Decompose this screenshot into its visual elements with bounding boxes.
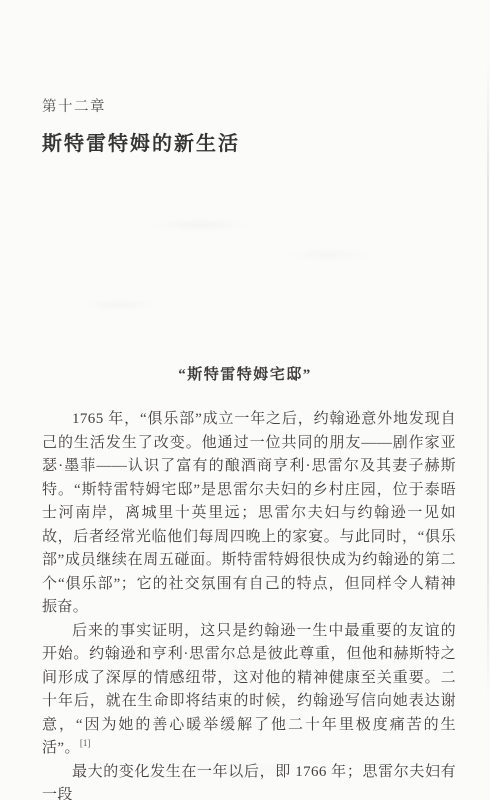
chapter-header: 第十二章 斯特雷特姆的新生活 [42,95,240,156]
chapter-title: 斯特雷特姆的新生活 [42,127,240,156]
body-text: 1765 年，“俱乐部”成立一年之后，约翰逊意外地发现自己的生活发生了改变。他通… [42,408,456,800]
footnote-marker: [1] [80,738,91,748]
paragraph-text: 后来的事实证明，这只是约翰逊一生中最重要的友谊的开始。约翰逊和亨利·思雷尔总是彼… [42,623,456,757]
paragraph: 最大的变化发生在一年以后，即 1766 年；思雷尔夫妇有一段 [42,761,456,800]
paragraph: 后来的事实证明，这只是约翰逊一生中最重要的友谊的开始。约翰逊和亨利·思雷尔总是彼… [42,620,456,761]
paragraph-text: 最大的变化发生在一年以后，即 1766 年；思雷尔夫妇有一段 [42,764,456,800]
paragraph-text: 1765 年，“俱乐部”成立一年之后，约翰逊意外地发现自己的生活发生了改变。他通… [42,411,456,615]
chapter-number: 第十二章 [42,95,240,116]
book-page: 第十二章 斯特雷特姆的新生活 “斯特雷特姆宅邸” 1765 年，“俱乐部”成立一… [0,0,490,800]
section-heading: “斯特雷特姆宅邸” [0,363,490,384]
paragraph: 1765 年，“俱乐部”成立一年之后，约翰逊意外地发现自己的生活发生了改变。他通… [42,408,456,620]
